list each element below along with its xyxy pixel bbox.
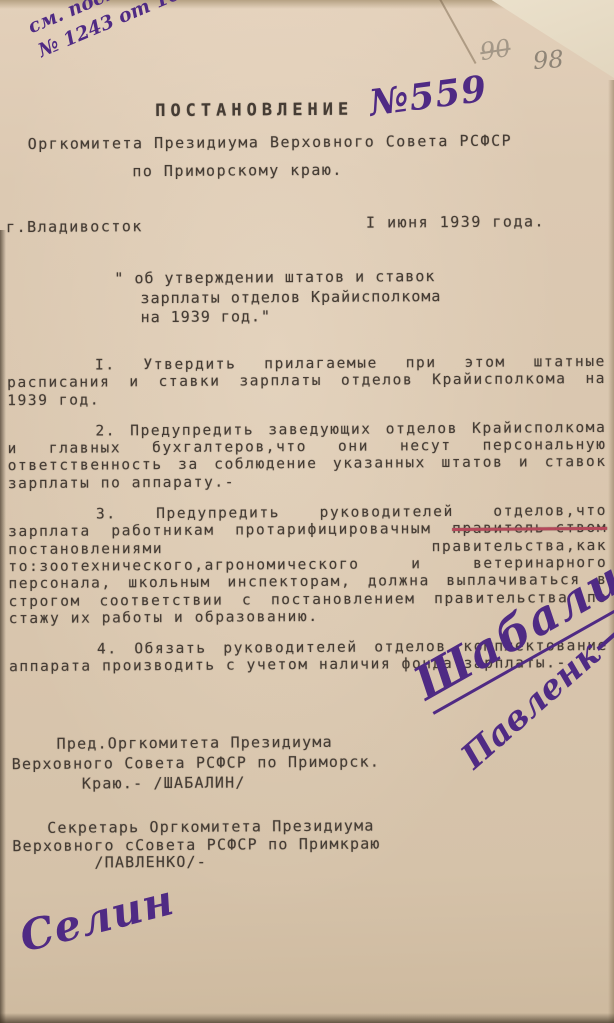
date-line: I июня 1939 года. — [366, 212, 545, 231]
paragraph-3-struck-word-1: правитель- — [452, 521, 555, 538]
subject-line3: на 1939 год." — [115, 306, 442, 328]
subject-line1: " об утверждении штатов и ставок — [114, 267, 441, 289]
chairman-title-line2: Верховного Совета РСФСР по Приморск. — [2, 751, 380, 774]
subject-line2: зарплаты отделов Крайисполкома — [114, 287, 441, 309]
handwritten-bottom-mark: Селин — [15, 875, 179, 962]
scanned-document: см. пост. № 1243 от 10/IV 39. 90 98 ПОСТ… — [0, 0, 614, 1023]
chairman-signature-block: Пред.Оргкомитета Президиума Верховного С… — [2, 731, 381, 794]
paragraph-3-struck-word-2: ством — [555, 520, 607, 536]
secretary-title-line3: /ПАВЛЕНКО/- — [2, 852, 380, 872]
issuer-line2: по Приморскому краю. — [0, 160, 478, 181]
place-line: г.Владивосток — [6, 217, 143, 236]
paragraph-2: 2. Предупредить заведующих отделов Крайи… — [7, 420, 606, 493]
chairman-title-line1: Пред.Оргкомитета Президиума — [2, 731, 380, 754]
paragraph-1: I. Утвердить прилагаемые при этом штатны… — [7, 354, 606, 410]
secretary-signature-block: Секретарь Оргкомитета Президиума Верховн… — [2, 817, 381, 872]
subject-block: " об утверждении штатов и ставок зарплат… — [114, 267, 441, 328]
chairman-title-line3: Краю.- /ШАБАЛИН/ — [2, 771, 380, 794]
typed-content: ПОСТАНОВЛЕНИЕ №559 Оргкомитета Президиум… — [0, 0, 614, 1023]
issuer-line1: Оргкомитета Президиума Верховного Совета… — [0, 131, 542, 153]
